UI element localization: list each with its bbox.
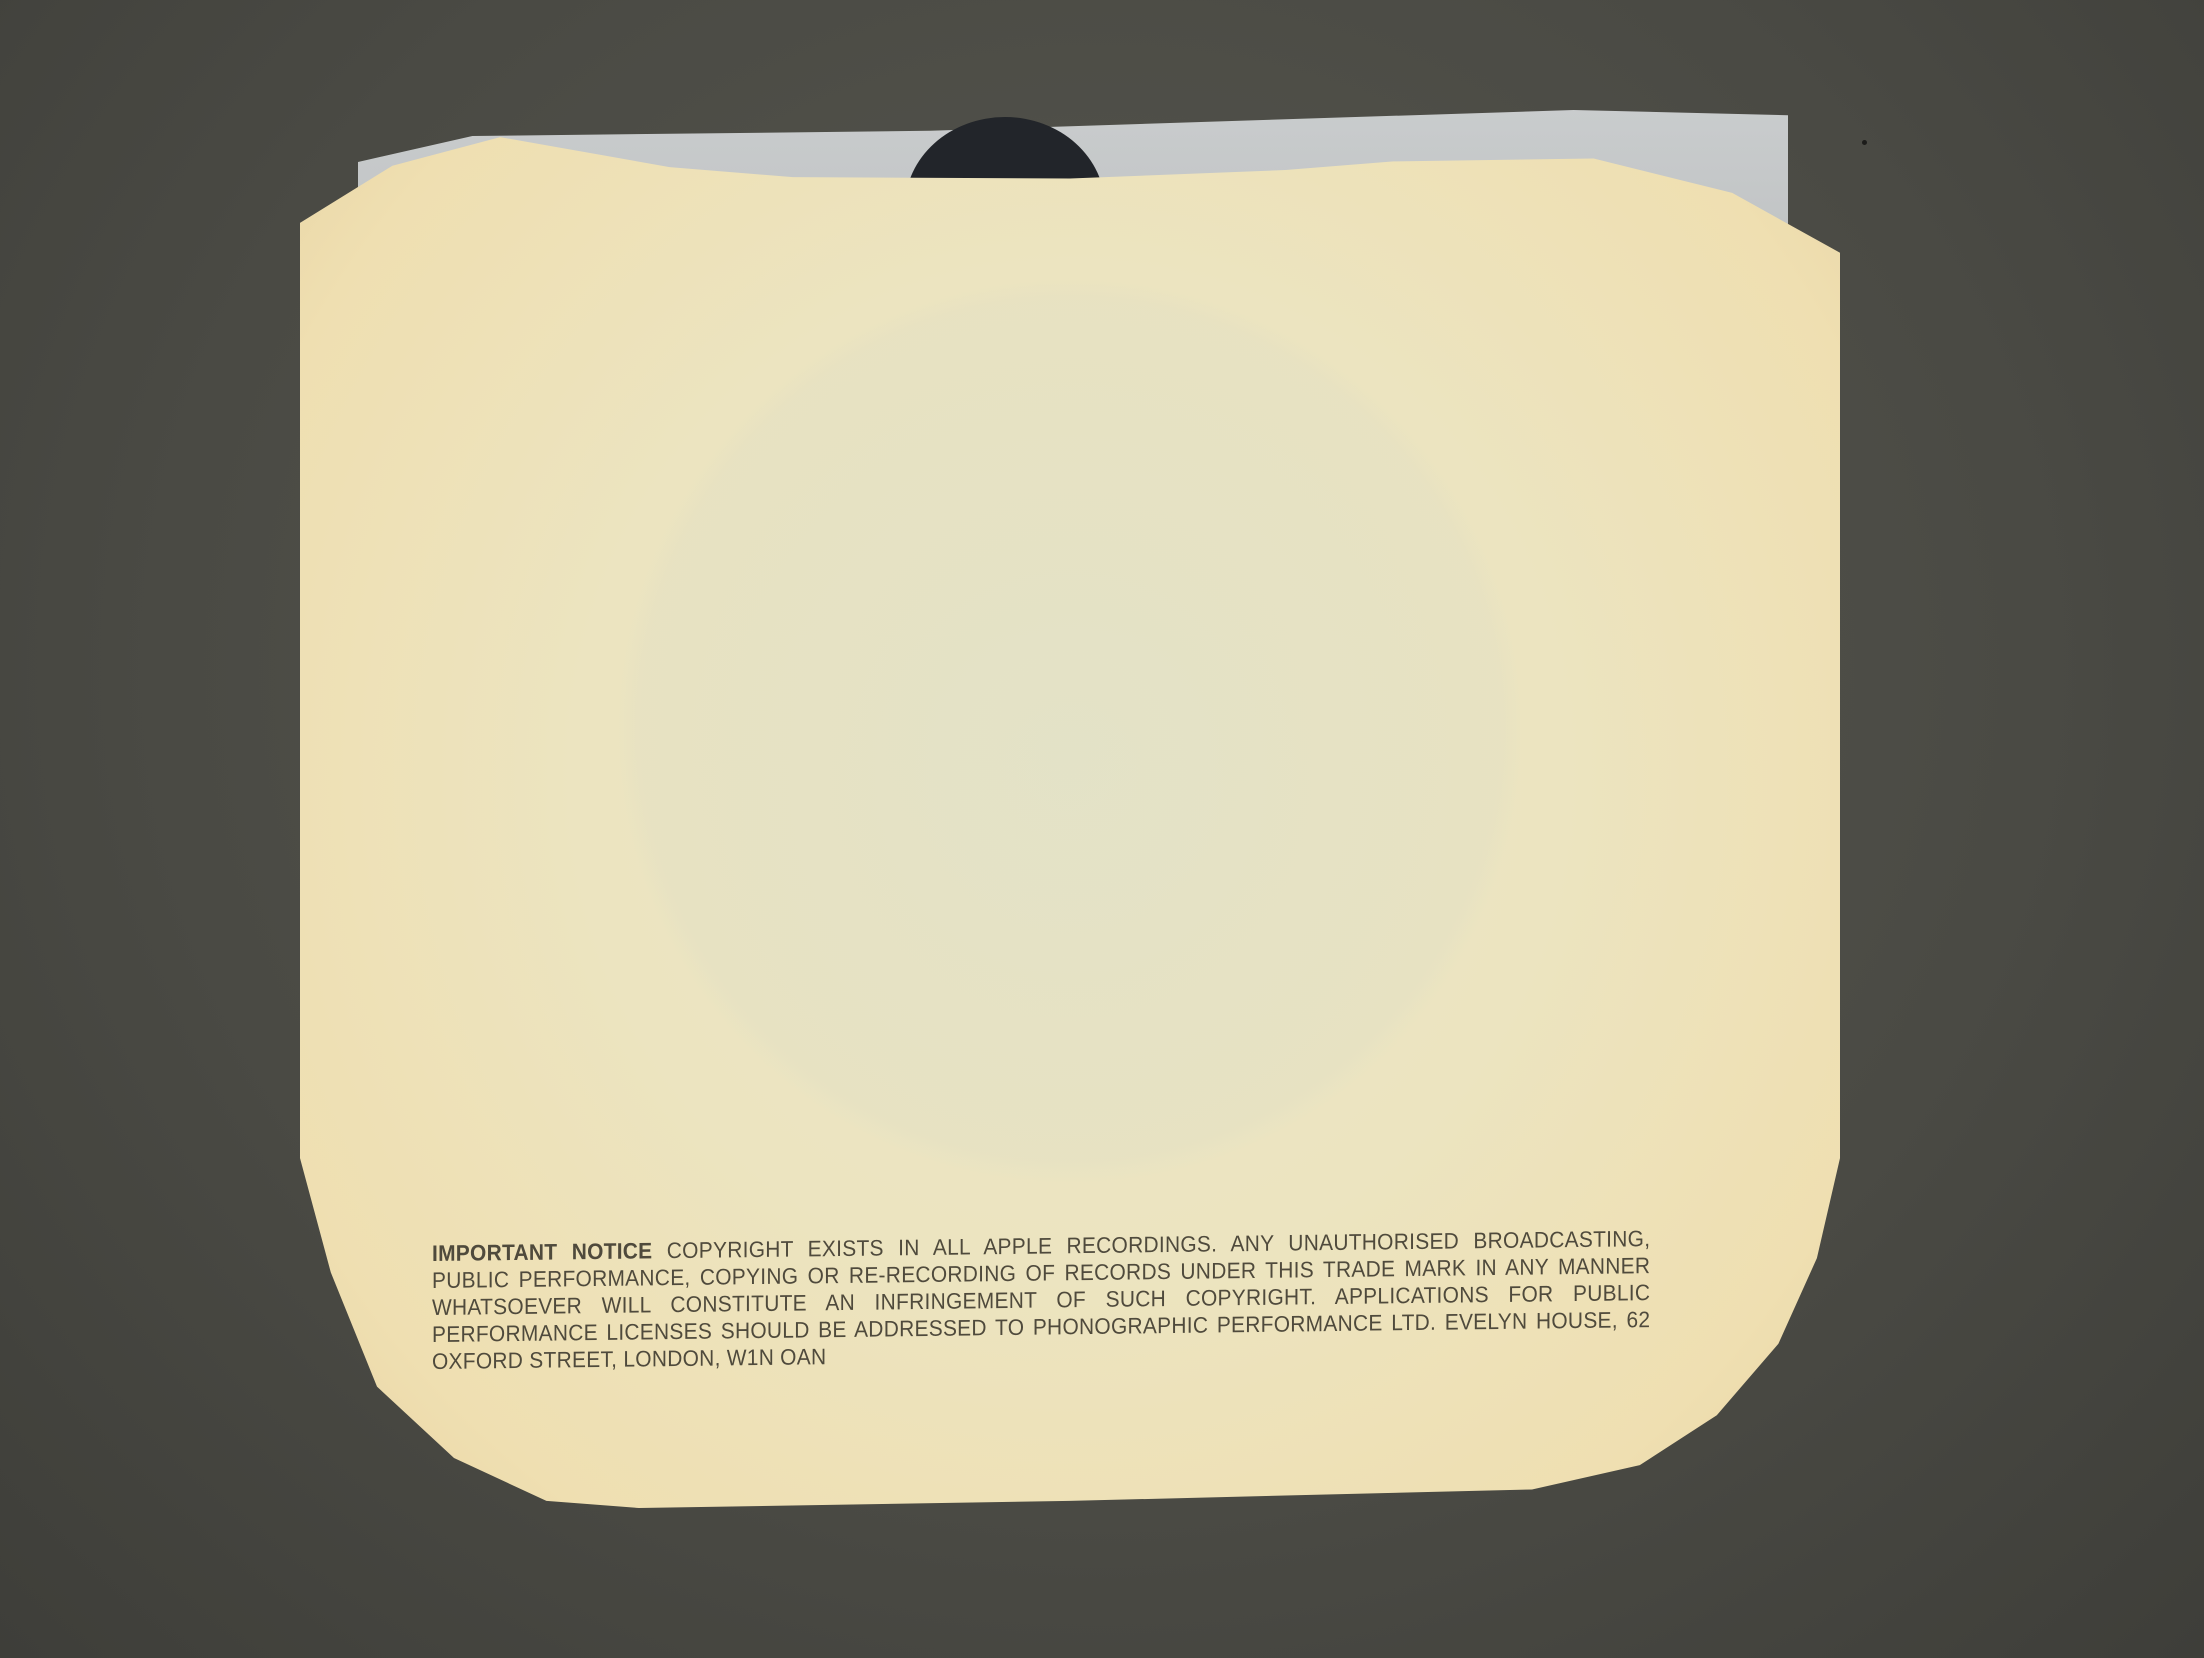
- copyright-notice: IMPORTANT NOTICE COPYRIGHT EXISTS IN ALL…: [432, 1225, 1650, 1375]
- dust-speck: [1862, 140, 1867, 145]
- notice-heading: IMPORTANT NOTICE: [432, 1238, 652, 1266]
